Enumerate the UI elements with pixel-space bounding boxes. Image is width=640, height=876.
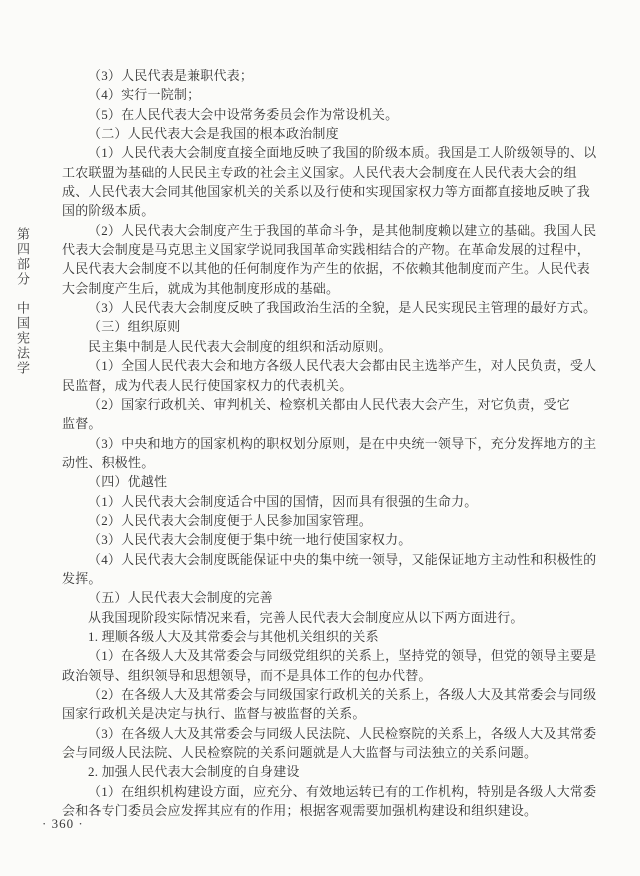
text-line: （3）人民代表是兼职代表； bbox=[62, 66, 582, 85]
text-line: （3）中央和地方的国家机构的职权划分原则，是在中央统一领导下，充分发挥地方的主 bbox=[62, 434, 582, 453]
text-line: 国家行政机关是决定与执行、监督与被监督的关系。 bbox=[62, 704, 582, 723]
sidebar-subject-label: 中国宪法学 bbox=[13, 301, 32, 376]
text-line: 发挥。 bbox=[62, 569, 582, 588]
text-line: （1）人民代表大会制度直接全面地反映了我国的阶级本质。我国是工人阶级领导的、以 bbox=[62, 143, 582, 162]
text-line: （三）组织原则 bbox=[62, 317, 582, 336]
sidebar-gap bbox=[13, 287, 32, 301]
text-line: 国的阶级本质。 bbox=[62, 201, 582, 220]
sidebar-vertical-label: 第四部分中国宪法学 bbox=[13, 227, 32, 376]
text-line: 代表大会制度是马克思主义国家学说同我国革命实践相结合的产物。在革命发展的过程中， bbox=[62, 240, 582, 259]
text-line: 会与同级人民法院、人民检察院的关系问题就是人大监督与司法独立的关系问题。 bbox=[62, 743, 582, 762]
text-line: （5）在人民代表大会中设常务委员会作为常设机关。 bbox=[62, 105, 582, 124]
text-line: （4）人民代表大会制度既能保证中央的集中统一领导，又能保证地方主动性和积极性的 bbox=[62, 550, 582, 569]
text-line: （四）优越性 bbox=[62, 472, 582, 491]
text-line: 会和各专门委员会应发挥其应有的作用；根据客观需要加强机构建设和组织建设。 bbox=[62, 801, 582, 820]
text-line: （2）人民代表大会制度便于人民参加国家管理。 bbox=[62, 511, 582, 530]
text-line: 成、人民代表大会同其他国家机关的关系以及行使和实现国家权力等方面都直接地反映了我 bbox=[62, 182, 582, 201]
body-text: （3）人民代表是兼职代表；（4）实行一院制；（5）在人民代表大会中设常务委员会作… bbox=[62, 66, 582, 820]
text-line: （3）在各级人大及其常委会与同级人民法院、人民检察院的关系上，各级人大及其常委 bbox=[62, 724, 582, 743]
text-line: （3）人民代表大会制度便于集中统一地行使国家权力。 bbox=[62, 530, 582, 549]
text-line: （1）人民代表大会制度适合中国的国情，因而具有很强的生命力。 bbox=[62, 492, 582, 511]
text-line: 政治领导、组织领导和思想领导，而不是具体工作的包办代替。 bbox=[62, 666, 582, 685]
text-line: （2）国家行政机关、审判机关、检察机关都由人民代表大会产生，对它负责，受它 bbox=[62, 395, 582, 414]
text-line: （3）人民代表大会制度反映了我国政治生活的全貌，是人民实现民主管理的最好方式。 bbox=[62, 298, 582, 317]
text-line: （1）在组织机构建设方面，应充分、有效地运转已有的工作机构，特别是各级人大常委 bbox=[62, 782, 582, 801]
text-line: 1. 理顺各级人大及其常委会与其他机关组织的关系 bbox=[62, 627, 582, 646]
text-line: （2）人民代表大会制度产生于我国的革命斗争，是其他制度赖以建立的基础。我国人民 bbox=[62, 221, 582, 240]
text-line: 2. 加强人民代表大会制度的自身建设 bbox=[62, 762, 582, 781]
text-line: （二）人民代表大会是我国的根本政治制度 bbox=[62, 124, 582, 143]
text-line: 监督。 bbox=[62, 414, 582, 433]
text-line: （1）在各级人大及其常委会与同级党组织的关系上，坚持党的领导，但党的领导主要是 bbox=[62, 646, 582, 665]
text-line: （4）实行一院制； bbox=[62, 85, 582, 104]
text-line: （2）在各级人大及其常委会与同级国家行政机关的关系上，各级人大及其常委会与同级 bbox=[62, 685, 582, 704]
text-line: 民监督，成为代表人民行使国家权力的代表机关。 bbox=[62, 376, 582, 395]
text-line: 动性、积极性。 bbox=[62, 453, 582, 472]
text-line: 工农联盟为基础的人民民主专政的社会主义国家。人民代表大会制度在人民代表大会的组 bbox=[62, 163, 582, 182]
sidebar-part-label: 第四部分 bbox=[13, 227, 32, 287]
text-line: 大会制度产生后，就成为其他制度形成的基础。 bbox=[62, 279, 582, 298]
text-line: 民主集中制是人民代表大会制度的组织和活动原则。 bbox=[62, 337, 582, 356]
page-number: · 360 · bbox=[42, 816, 84, 832]
document-page: 第四部分中国宪法学 （3）人民代表是兼职代表；（4）实行一院制；（5）在人民代表… bbox=[0, 0, 640, 876]
text-line: 人民代表大会制度不以其他的任何制度作为产生的依据，不依赖其他制度而产生。人民代表 bbox=[62, 259, 582, 278]
text-line: 从我国现阶段实际情况来看，完善人民代表大会制度应从以下两方面进行。 bbox=[62, 608, 582, 627]
text-line: （五）人民代表大会制度的完善 bbox=[62, 588, 582, 607]
text-line: （1）全国人民代表大会和地方各级人民代表大会都由民主选举产生，对人民负责，受人 bbox=[62, 356, 582, 375]
